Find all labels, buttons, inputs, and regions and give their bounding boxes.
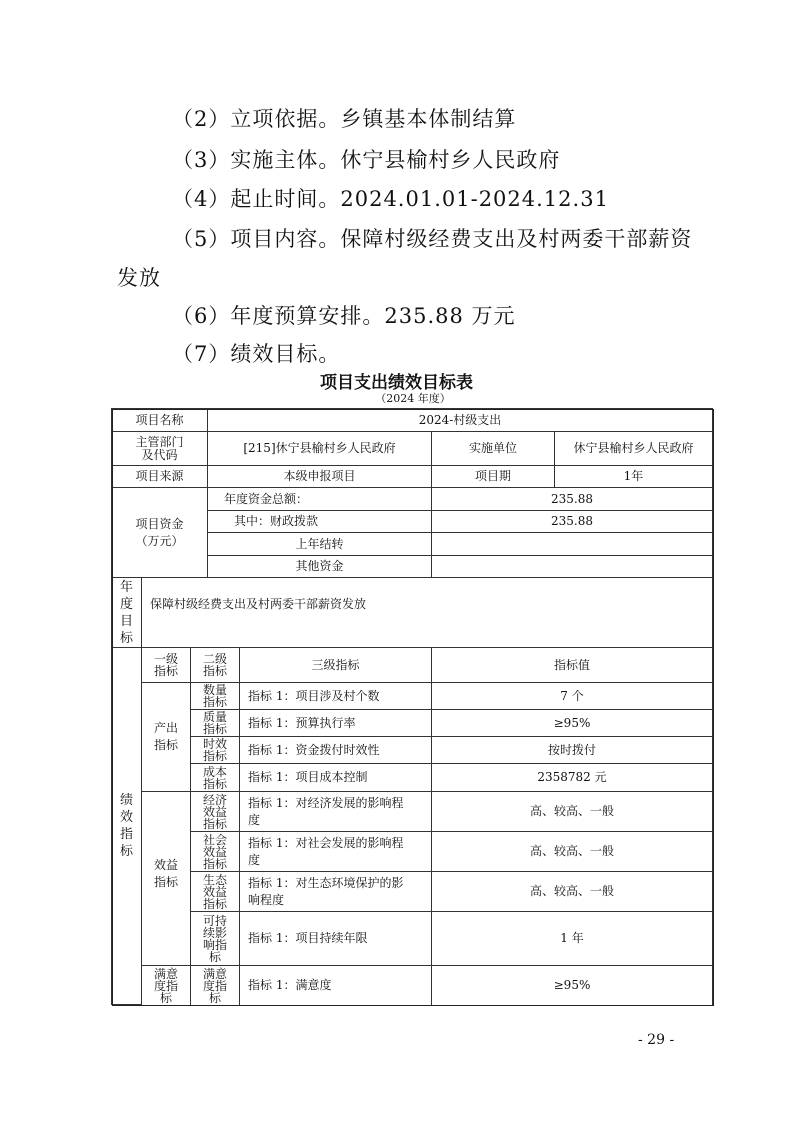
row-level3: 指标 1：项目成本控制 [239, 763, 432, 792]
page-number: - 29 - [638, 1032, 674, 1048]
row-level2: 时效 指标 [190, 736, 240, 764]
row-level3: 指标 1：对经济发展的影响程 度 [239, 791, 432, 832]
funds-fiscal-label: 其中：财政拨款 [207, 510, 432, 533]
dept-label: 主管部门 及代码 [111, 431, 208, 466]
row-level3: 指标 1：预算执行率 [239, 709, 432, 737]
row-level3: 指标 1：对生态环境保护的影 响程度 [239, 871, 432, 912]
header-level3: 三级指标 [239, 647, 432, 683]
row-level3: 指标 1：对社会发展的影响程 度 [239, 831, 432, 872]
source-value: 本级申报项目 [207, 465, 432, 488]
row-value: 高、较高、一般 [431, 871, 713, 912]
row-value: 1 年 [431, 911, 713, 966]
perf-indicators-label: 绩 效 指 标 [111, 647, 142, 1005]
funds-fiscal-value: 235.88 [431, 510, 713, 533]
row-level2: 可持 续影 响指 标 [190, 911, 240, 966]
paragraph-period: （4）起止时间。2024.01.01-2024.12.31 [172, 187, 609, 211]
row-level2: 数量 指标 [190, 682, 240, 710]
annual-goal-label: 年 度 目 标 [111, 577, 142, 648]
period-value: 1年 [554, 465, 713, 488]
row-value: ≥95% [431, 965, 713, 1006]
paragraph-subject: （3）实施主体。休宁县榆村乡人民政府 [172, 148, 560, 172]
row-value: 7 个 [431, 682, 713, 710]
paragraph-content-cont: 发放 [117, 266, 161, 290]
row-value: ≥95% [431, 709, 713, 737]
paragraph-budget: （6）年度预算安排。235.88 万元 [172, 304, 516, 328]
source-label: 项目来源 [111, 465, 208, 488]
row-level3: 指标 1：资金拨付时效性 [239, 736, 432, 764]
row-level2: 成本 指标 [190, 763, 240, 792]
row-value: 高、较高、一般 [431, 831, 713, 872]
project-name-label: 项目名称 [111, 408, 208, 432]
row-value: 高、较高、一般 [431, 791, 713, 832]
row-value: 按时拨付 [431, 736, 713, 764]
row-level3: 指标 1：项目持续年限 [239, 911, 432, 966]
group-output: 产出 指标 [141, 682, 191, 792]
annual-goal-value: 保障村级经费支出及村两委干部薪资发放 [141, 577, 713, 648]
row-level2: 生态 效益 指标 [190, 871, 240, 912]
row-level3: 指标 1：项目涉及村个数 [239, 682, 432, 710]
funds-other-value [431, 555, 713, 578]
row-level2: 经济 效益 指标 [190, 791, 240, 832]
impl-unit-value: 休宁县榆村乡人民政府 [554, 431, 713, 466]
paragraph-content: （5）项目内容。保障村级经费支出及村两委干部薪资 [172, 227, 692, 251]
row-level2: 社会 效益 指标 [190, 831, 240, 872]
funds-other-label: 其他资金 [207, 555, 432, 578]
group-satisfaction: 满意 度指 标 [141, 965, 191, 1006]
row-level2: 质量 指标 [190, 709, 240, 737]
paragraph-goals: （7）绩效目标。 [172, 342, 340, 366]
header-level2: 二级 指标 [190, 647, 240, 683]
funds-total-value: 235.88 [431, 487, 713, 511]
project-name-value: 2024-村级支出 [207, 408, 713, 432]
funds-carryover-value [431, 532, 713, 556]
funds-total-label: 年度资金总额： [207, 487, 432, 511]
header-level1: 一级 指标 [141, 647, 191, 683]
period-label: 项目期 [431, 465, 555, 488]
impl-unit-label: 实施单位 [431, 431, 555, 466]
row-level2: 满意 度指 标 [190, 965, 240, 1006]
header-value: 指标值 [431, 647, 713, 683]
funds-label: 项目资金 （万元） [111, 487, 208, 578]
paragraph-basis: （2）立项依据。乡镇基本体制结算 [172, 107, 516, 131]
funds-carryover-label: 上年结转 [207, 532, 432, 556]
group-benefit: 效益 指标 [141, 791, 191, 966]
row-value: 2358782 元 [431, 763, 713, 792]
row-level3: 指标 1：满意度 [239, 965, 432, 1006]
table-subtitle: （2024 年度） [0, 390, 793, 406]
dept-value: [215]休宁县榆村乡人民政府 [207, 431, 432, 466]
